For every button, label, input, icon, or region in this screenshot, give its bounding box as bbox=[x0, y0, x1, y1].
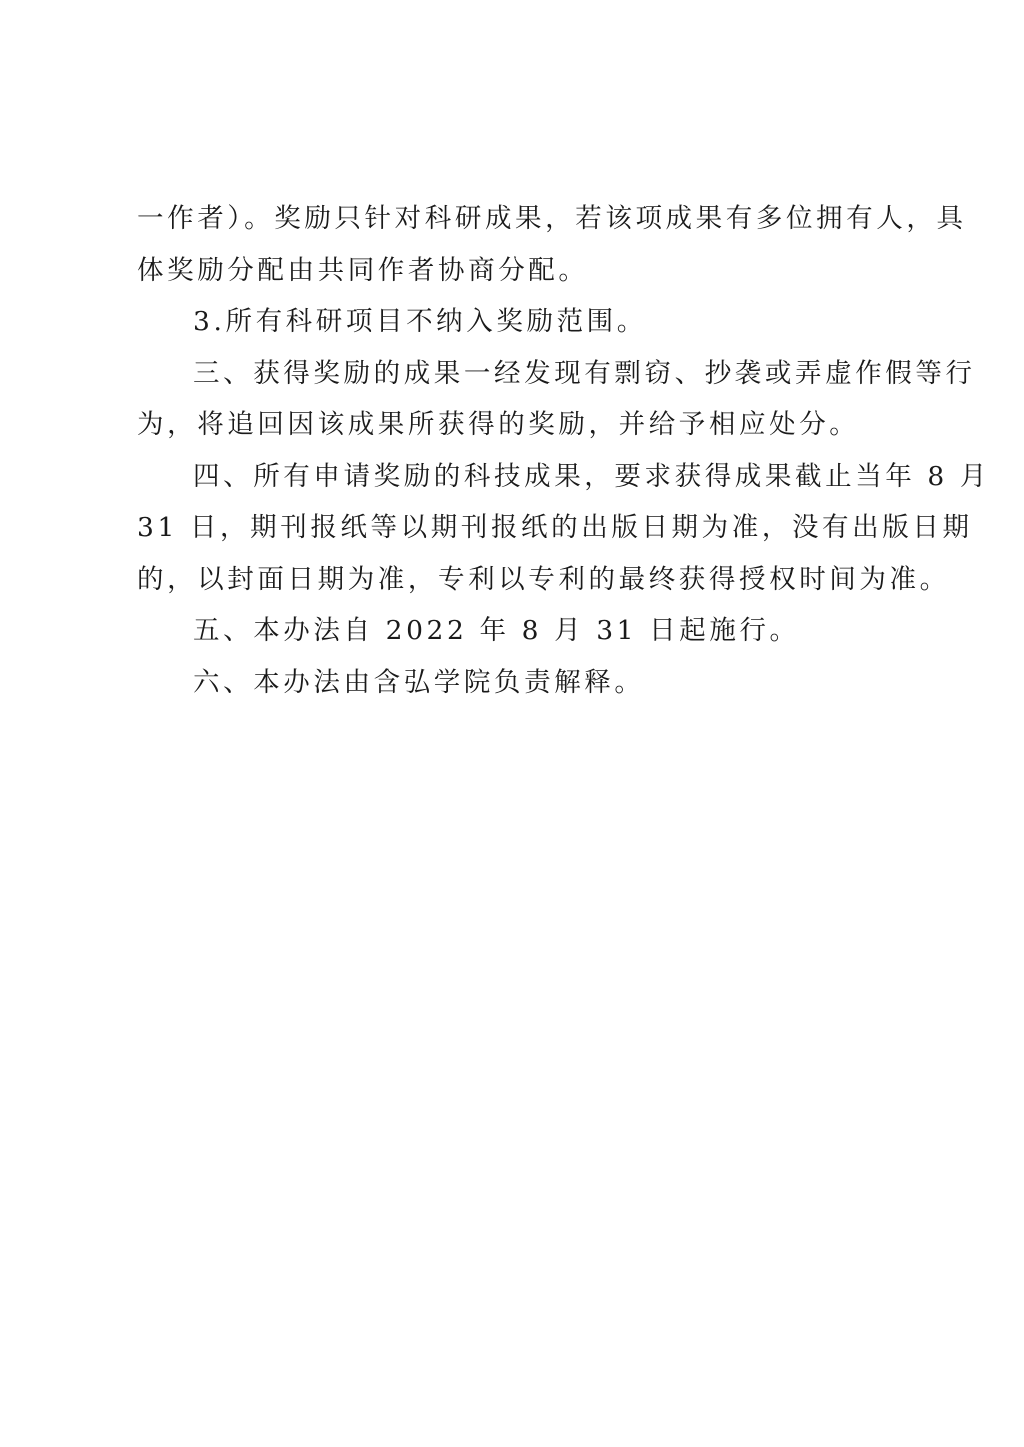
text-line: 的，以封面日期为准，专利以专利的最终获得授权时间为准。 bbox=[137, 554, 897, 606]
text-line: 31 日，期刊报纸等以期刊报纸的出版日期为准，没有出版日期 bbox=[137, 502, 895, 554]
text-line: 四、所有申请奖励的科技成果，要求获得成果截止当年 8 月 bbox=[137, 451, 895, 503]
text-line: 3.所有科研项目不纳入奖励范围。 bbox=[137, 296, 897, 348]
text-line: 六、本办法由含弘学院负责解释。 bbox=[137, 657, 897, 709]
text-line: 为，将追回因该成果所获得的奖励，并给予相应处分。 bbox=[137, 399, 897, 451]
text-line: 五、本办法自 2022 年 8 月 31 日起施行。 bbox=[137, 605, 897, 657]
text-line: 体奖励分配由共同作者协商分配。 bbox=[137, 245, 897, 297]
paragraph-section-5: 五、本办法自 2022 年 8 月 31 日起施行。 bbox=[137, 605, 897, 657]
text-line: 一作者）。奖励只针对科研成果，若该项成果有多位拥有人，具 bbox=[137, 193, 895, 245]
paragraph-section-4: 四、所有申请奖励的科技成果，要求获得成果截止当年 8 月 31 日，期刊报纸等以… bbox=[137, 451, 897, 606]
document-page: 一作者）。奖励只针对科研成果，若该项成果有多位拥有人，具 体奖励分配由共同作者协… bbox=[137, 193, 897, 708]
paragraph-continuation: 一作者）。奖励只针对科研成果，若该项成果有多位拥有人，具 体奖励分配由共同作者协… bbox=[137, 193, 897, 296]
text-line: 三、获得奖励的成果一经发现有剽窃、抄袭或弄虚作假等行 bbox=[137, 348, 895, 400]
paragraph-item-3: 3.所有科研项目不纳入奖励范围。 bbox=[137, 296, 897, 348]
paragraph-section-3: 三、获得奖励的成果一经发现有剽窃、抄袭或弄虚作假等行 为，将追回因该成果所获得的… bbox=[137, 348, 897, 451]
paragraph-section-6: 六、本办法由含弘学院负责解释。 bbox=[137, 657, 897, 709]
